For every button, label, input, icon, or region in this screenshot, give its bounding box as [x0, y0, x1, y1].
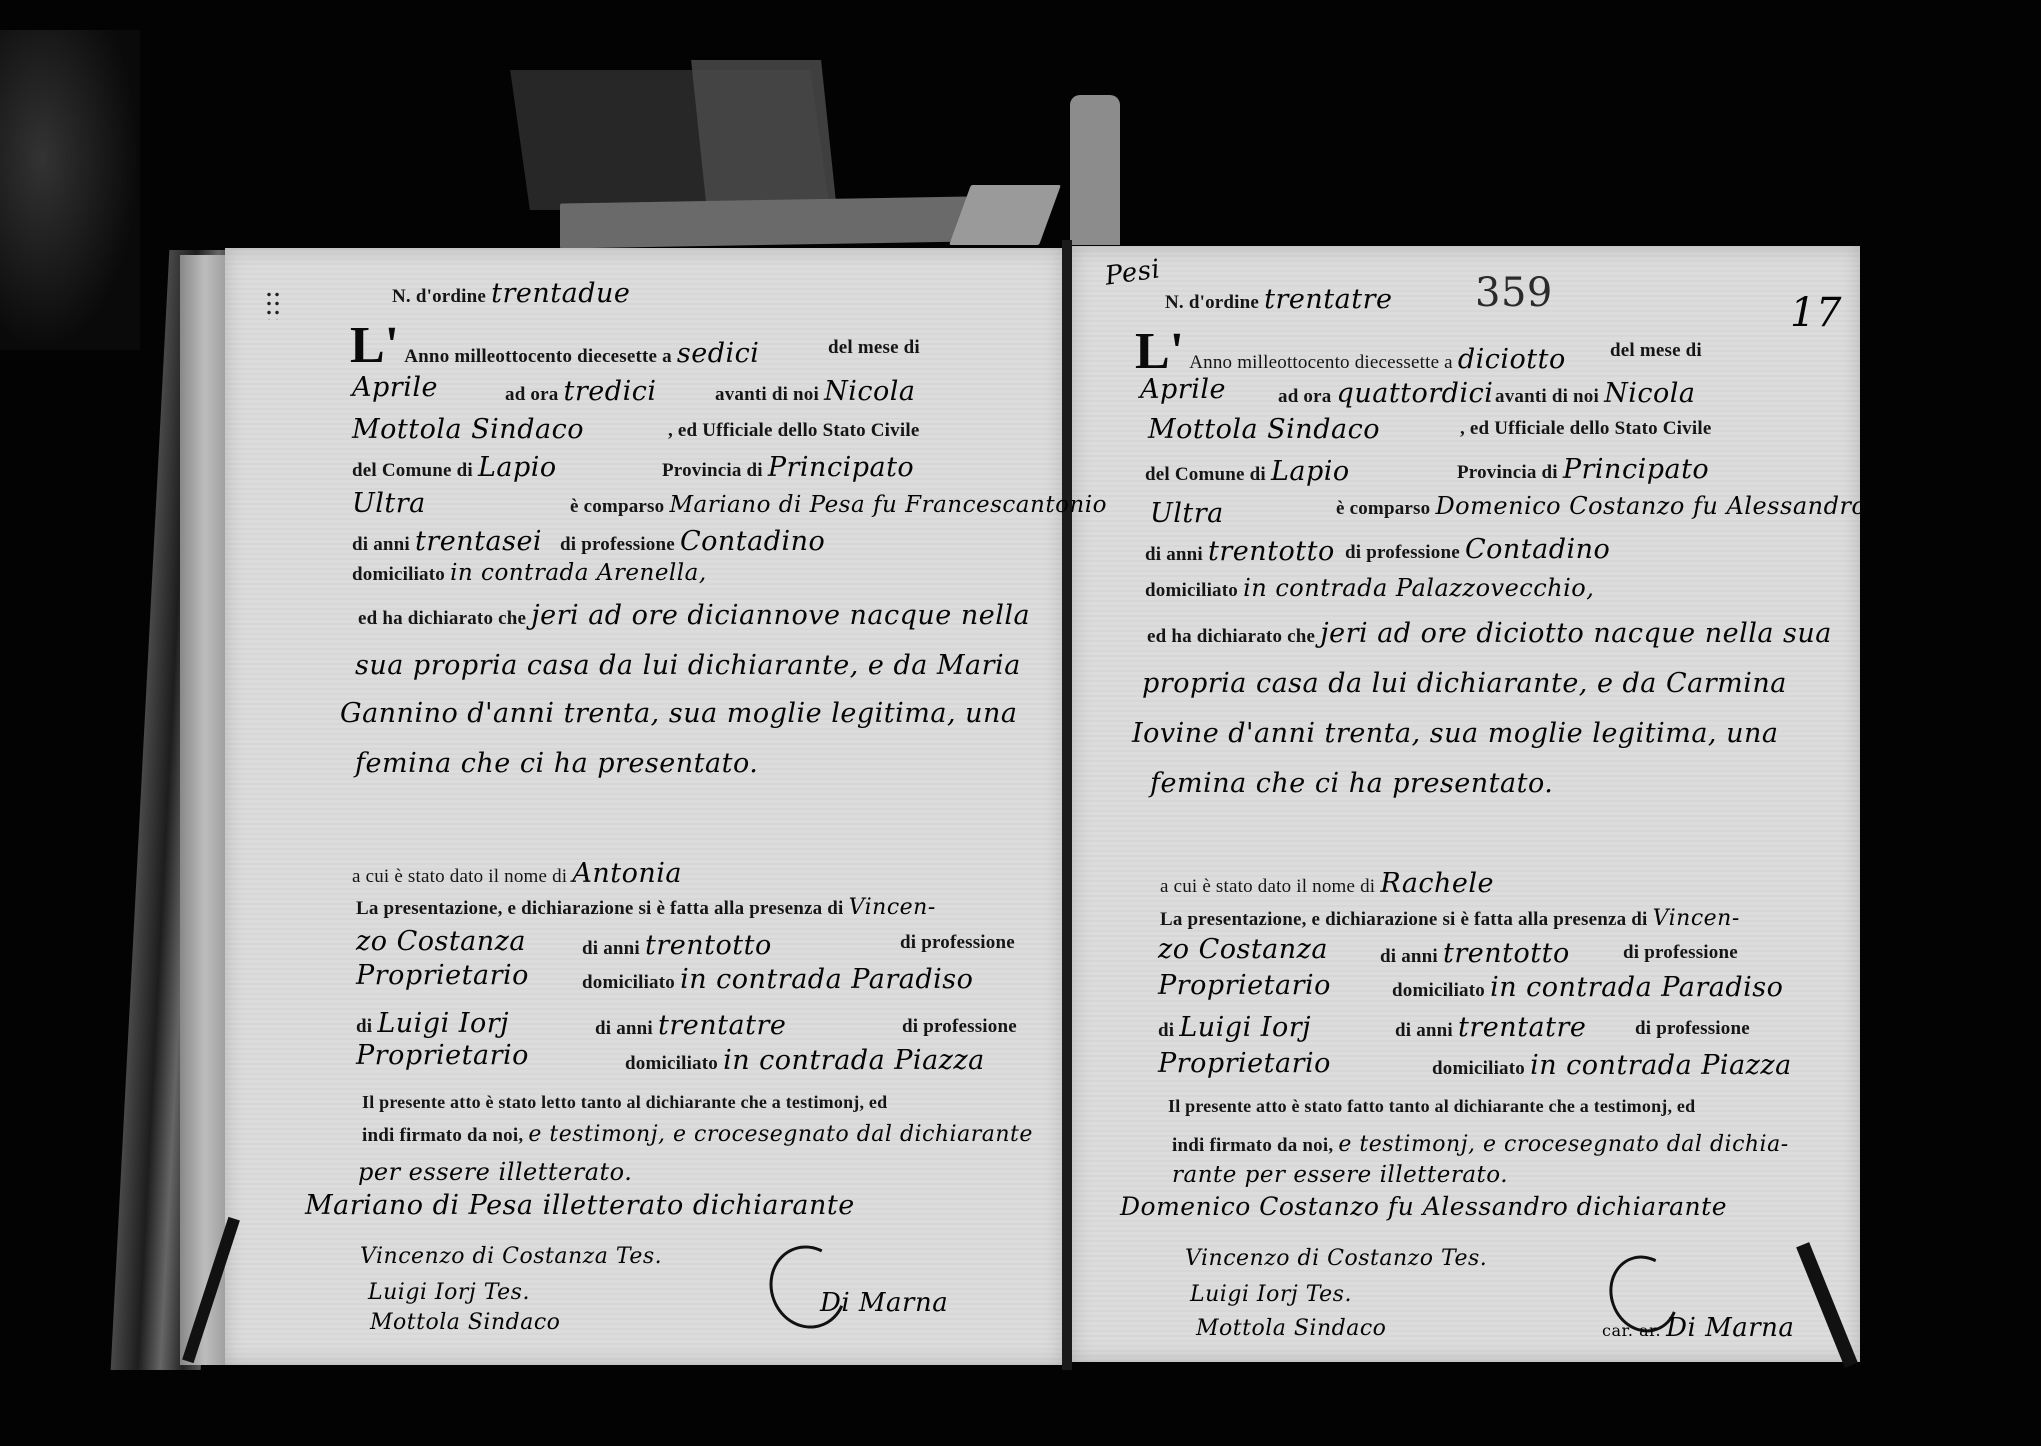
printed-text: di professione [1345, 542, 1460, 563]
printed-text: di professione [560, 534, 675, 555]
witness1-domicile-line: domiciliato in contrada Paradiso [1392, 972, 1783, 1003]
loose-paper-tab [560, 196, 970, 248]
witness-name: Vincen- [1653, 906, 1740, 931]
paper-slip [949, 185, 1061, 245]
closing-handwritten: e testimonj, e crocesegnato dal dichiara… [528, 1122, 1032, 1147]
printed-text: domiciliato [1432, 1058, 1525, 1079]
declaration-line-1: ed ha dichiarato che jeri ad ore diciott… [1147, 618, 1832, 649]
officer-title-label: , ed Ufficiale dello Stato Civile [1460, 418, 1711, 440]
printed-text: di professione [1635, 1018, 1750, 1040]
age-line: di anni trentotto [1145, 536, 1335, 567]
declaration-text: jeri ad ore diciannove nacque nella [531, 600, 1030, 631]
witness2-domicile-line: domiciliato in contrada Piazza [1432, 1050, 1792, 1081]
witness1-signature: Vincenzo di Costanza Tes. [360, 1244, 662, 1269]
witness1-name: zo Costanza [1158, 934, 1328, 965]
officer-line: avanti di noi Nicola [1495, 378, 1695, 409]
closing-handwritten: per essere illetterato. [358, 1158, 632, 1186]
register-number: 359 [1475, 270, 1553, 316]
closing-handwritten: rante per essere illetterato. [1172, 1162, 1508, 1188]
officer-title-value: Mottola Sindaco [1148, 414, 1380, 445]
witness2-profession: Proprietario [356, 1040, 529, 1071]
printed-text: ed ha dichiarato che [1147, 626, 1315, 647]
closing-handwritten: e testimonj, e crocesegnato dal dichia- [1338, 1132, 1788, 1157]
order-label: N. d'ordine [392, 286, 486, 307]
witness2-domicile-line: domiciliato in contrada Piazza [625, 1045, 985, 1076]
provincia-value: Principato [1563, 454, 1709, 485]
witness2-age-line: di anni trentatre [1395, 1012, 1586, 1043]
witness2-domicile: in contrada Piazza [723, 1045, 985, 1076]
hour-value: tredici [564, 376, 657, 407]
provincia-line: Provincia di Principato [662, 452, 914, 483]
officer-title-label: , ed Ufficiale dello Stato Civile [668, 420, 919, 442]
signature-prefix: car. ar. [1602, 1321, 1661, 1340]
closing-text: Il presente atto è stato fatto tanto al … [1168, 1096, 1695, 1117]
domicile-line: domiciliato in contrada Arenella, [352, 560, 707, 586]
provincia-value-2: Ultra [352, 488, 426, 519]
officer-name: Nicola [824, 376, 915, 407]
witness2-domicile: in contrada Piazza [1530, 1050, 1792, 1081]
child-name-line: a cui è stato dato il nome di Antonia [352, 858, 682, 889]
age-value: trentotto [1208, 536, 1335, 567]
witness1-profession: Proprietario [356, 960, 529, 991]
mayor-signature: Mottola Sindaco [1196, 1316, 1386, 1341]
month-label: del mese di [828, 337, 920, 359]
declarant-name: Mariano di Pesa fu Francescantonio [669, 492, 1107, 518]
provincia-line-2: Ultra [352, 488, 426, 519]
witness1-age-line: di anni trentotto [582, 930, 772, 961]
page-number: 17 [1790, 290, 1842, 336]
book-gutter [1062, 240, 1072, 1370]
printed-text: domiciliato [352, 564, 445, 585]
domicile-value: in contrada Palazzovecchio, [1243, 574, 1594, 602]
ink-specks [265, 290, 283, 320]
printed-text: Anno milleottocento diecessette a [1189, 352, 1453, 373]
printed-text: a cui è stato dato il nome di [352, 866, 567, 887]
printed-text: domiciliato [1392, 980, 1485, 1001]
witness1-profession: Proprietario [1158, 970, 1331, 1001]
printed-text: domiciliato [582, 972, 675, 993]
declaration-text: propria casa da lui dichiarante, e da Ca… [1142, 668, 1787, 699]
printed-text: di professione [900, 932, 1015, 954]
child-name: Rachele [1380, 868, 1494, 899]
officer-signature: Di Marna [820, 1288, 948, 1318]
printed-text: La presentazione, e dichiarazione si è f… [1160, 909, 1648, 930]
printed-text: di anni [582, 938, 640, 959]
day-value: diciotto [1458, 344, 1566, 375]
witness1-age: trentotto [645, 930, 772, 961]
comune-value: Lapio [478, 452, 557, 483]
provincia-line-2: Ultra [1150, 498, 1224, 529]
month-value: Aprile [352, 372, 438, 403]
profession-value: Contadino [1465, 534, 1610, 565]
printed-text: di professione [902, 1016, 1017, 1038]
bookmark-tab [1070, 95, 1120, 245]
witness2-age: trentatre [1458, 1012, 1586, 1043]
mayor-signature: Mottola Sindaco [370, 1310, 560, 1335]
domicile-line: domiciliato in contrada Palazzovecchio, [1145, 574, 1594, 602]
domicile-value: in contrada Arenella, [450, 560, 707, 586]
month-line: Aprile [352, 372, 438, 403]
printed-text: La presentazione, e dichiarazione si è f… [356, 898, 844, 919]
hour-line: ad ora tredici [505, 376, 656, 407]
month-label: del mese di [1610, 340, 1702, 362]
printed-text: Anno milleottocento diecesette a [404, 346, 672, 367]
day-value: sedici [677, 338, 760, 369]
witness1-name: zo Costanza [356, 926, 526, 957]
profession-line: di professione Contadino [560, 526, 825, 557]
printed-text: di professione [1623, 942, 1738, 964]
child-name-line: a cui è stato dato il nome di Rachele [1160, 868, 1494, 899]
hour-value: quattordici [1337, 378, 1494, 409]
comparso-line: è comparso Domenico Costanzo fu Alessand… [1336, 492, 1866, 520]
printed-text: ad ora [1278, 386, 1331, 407]
printed-text: Provincia di [1457, 462, 1558, 483]
printed-text: domiciliato [625, 1053, 718, 1074]
comune-value: Lapio [1271, 456, 1350, 487]
printed-text: di [1158, 1020, 1174, 1041]
printed-text: domiciliato [1145, 580, 1238, 601]
comparso-line: è comparso Mariano di Pesa fu Francescan… [570, 492, 1107, 518]
officer-line: avanti di noi Nicola [715, 376, 915, 407]
age-value: trentasei [415, 526, 542, 557]
order-number-line: N. d'ordine trentadue [392, 278, 630, 309]
printed-text: avanti di noi [1495, 386, 1599, 407]
presence-line: La presentazione, e dichiarazione si è f… [356, 895, 936, 920]
provincia-line: Provincia di Principato [1457, 454, 1709, 485]
declaration-line-1: ed ha dichiarato che jeri ad ore diciann… [358, 600, 1030, 631]
declaration-text: Iovine d'anni trenta, sua moglie legitim… [1132, 718, 1778, 749]
printed-text: ad ora [505, 384, 558, 405]
intro-line: L' Anno milleottocento diecessette a dic… [1135, 326, 1566, 378]
officer-title-value: Mottola Sindaco [352, 414, 584, 445]
profession-line: di professione Contadino [1345, 534, 1610, 565]
witness2-age: trentatre [658, 1010, 786, 1041]
child-name: Antonia [572, 858, 682, 889]
officer-signature-line: car. ar. Di Marna [1602, 1313, 1794, 1343]
witness2-signature: Luigi Iorj Tes. [368, 1280, 530, 1305]
witness1-domicile: in contrada Paradiso [1490, 972, 1783, 1003]
order-value: trentatre [1264, 284, 1392, 315]
witness1-age: trentotto [1443, 938, 1570, 969]
printed-text: di anni [352, 534, 410, 555]
witness2-line: di Luigi Iorj [356, 1008, 509, 1039]
witness2-age-line: di anni trentatre [595, 1010, 786, 1041]
printed-text: avanti di noi [715, 384, 819, 405]
printed-text: Provincia di [662, 460, 763, 481]
month-line: Aprile [1140, 374, 1226, 405]
provincia-value: Principato [768, 452, 914, 483]
profession-value: Contadino [680, 526, 825, 557]
witness1-age-line: di anni trentotto [1380, 938, 1570, 969]
age-line: di anni trentasei [352, 526, 542, 557]
printed-text: di anni [1145, 544, 1203, 565]
closing-line-2: indi firmato da noi, e testimonj, e croc… [1172, 1132, 1789, 1157]
witness2-line: di Luigi Iorj [1158, 1012, 1311, 1043]
hour-line: ad ora quattordici [1278, 378, 1493, 409]
dark-textile-left [0, 30, 140, 350]
printed-text: di anni [1395, 1020, 1453, 1041]
order-number-line: N. d'ordine trentatre [1165, 284, 1392, 315]
provincia-value-2: Ultra [1150, 498, 1224, 529]
declarant-name: Domenico Costanzo fu Alessandro [1435, 492, 1866, 520]
declaration-text: sua propria casa da lui dichiarante, e d… [355, 650, 1021, 681]
declarant-signature: Mariano di Pesa illetterato dichiarante [305, 1190, 855, 1221]
printed-text: è comparso [1336, 498, 1430, 519]
officer-line-2: Mottola Sindaco [352, 414, 584, 445]
month-value: Aprile [1140, 374, 1226, 405]
presence-line: La presentazione, e dichiarazione si è f… [1160, 906, 1740, 931]
witness1-domicile-line: domiciliato in contrada Paradiso [582, 964, 973, 995]
declarant-signature: Domenico Costanzo fu Alessandro dichiara… [1120, 1192, 1727, 1221]
declaration-text: Gannino d'anni trenta, sua moglie legiti… [340, 698, 1018, 729]
closing-text: Il presente atto è stato letto tanto al … [362, 1092, 887, 1113]
intro-line: L' Anno milleottocento diecesette a sedi… [350, 320, 759, 372]
comune-line: del Comune di Lapio [352, 452, 557, 483]
witness2-profession: Proprietario [1158, 1048, 1331, 1079]
page-stack-lighter [180, 255, 230, 1365]
printed-text: del Comune di [352, 460, 473, 481]
witness2-name: Luigi Iorj [1179, 1012, 1311, 1043]
witness-name: Vincen- [849, 895, 936, 920]
drop-cap: L' [350, 317, 399, 374]
order-label: N. d'ordine [1165, 292, 1259, 313]
printed-text: del Comune di [1145, 464, 1266, 485]
comune-line: del Comune di Lapio [1145, 456, 1350, 487]
drop-cap: L' [1135, 323, 1184, 380]
declaration-text: jeri ad ore diciotto nacque nella sua [1320, 618, 1832, 649]
witness1-signature: Vincenzo di Costanzo Tes. [1185, 1246, 1487, 1271]
printed-text: ed ha dichiarato che [358, 608, 526, 629]
declaration-text: femina che ci ha presentato. [1150, 768, 1553, 799]
witness1-domicile: in contrada Paradiso [680, 964, 973, 995]
witness2-name: Luigi Iorj [377, 1008, 509, 1039]
printed-text: di anni [595, 1018, 653, 1039]
closing-line-2: indi firmato da noi, e testimonj, e croc… [362, 1122, 1033, 1147]
order-value: trentadue [491, 278, 630, 309]
witness2-signature: Luigi Iorj Tes. [1190, 1282, 1352, 1307]
printed-text: è comparso [570, 496, 664, 517]
printed-text: a cui è stato dato il nome di [1160, 876, 1375, 897]
printed-text: di anni [1380, 946, 1438, 967]
officer-name: Nicola [1604, 378, 1695, 409]
declaration-text: femina che ci ha presentato. [355, 748, 758, 779]
printed-text: indi firmato da noi, [362, 1125, 523, 1146]
officer-signature: Di Marna [1666, 1313, 1794, 1343]
printed-text: di [356, 1016, 372, 1037]
printed-text: indi firmato da noi, [1172, 1135, 1333, 1156]
officer-line-2: Mottola Sindaco [1148, 414, 1380, 445]
